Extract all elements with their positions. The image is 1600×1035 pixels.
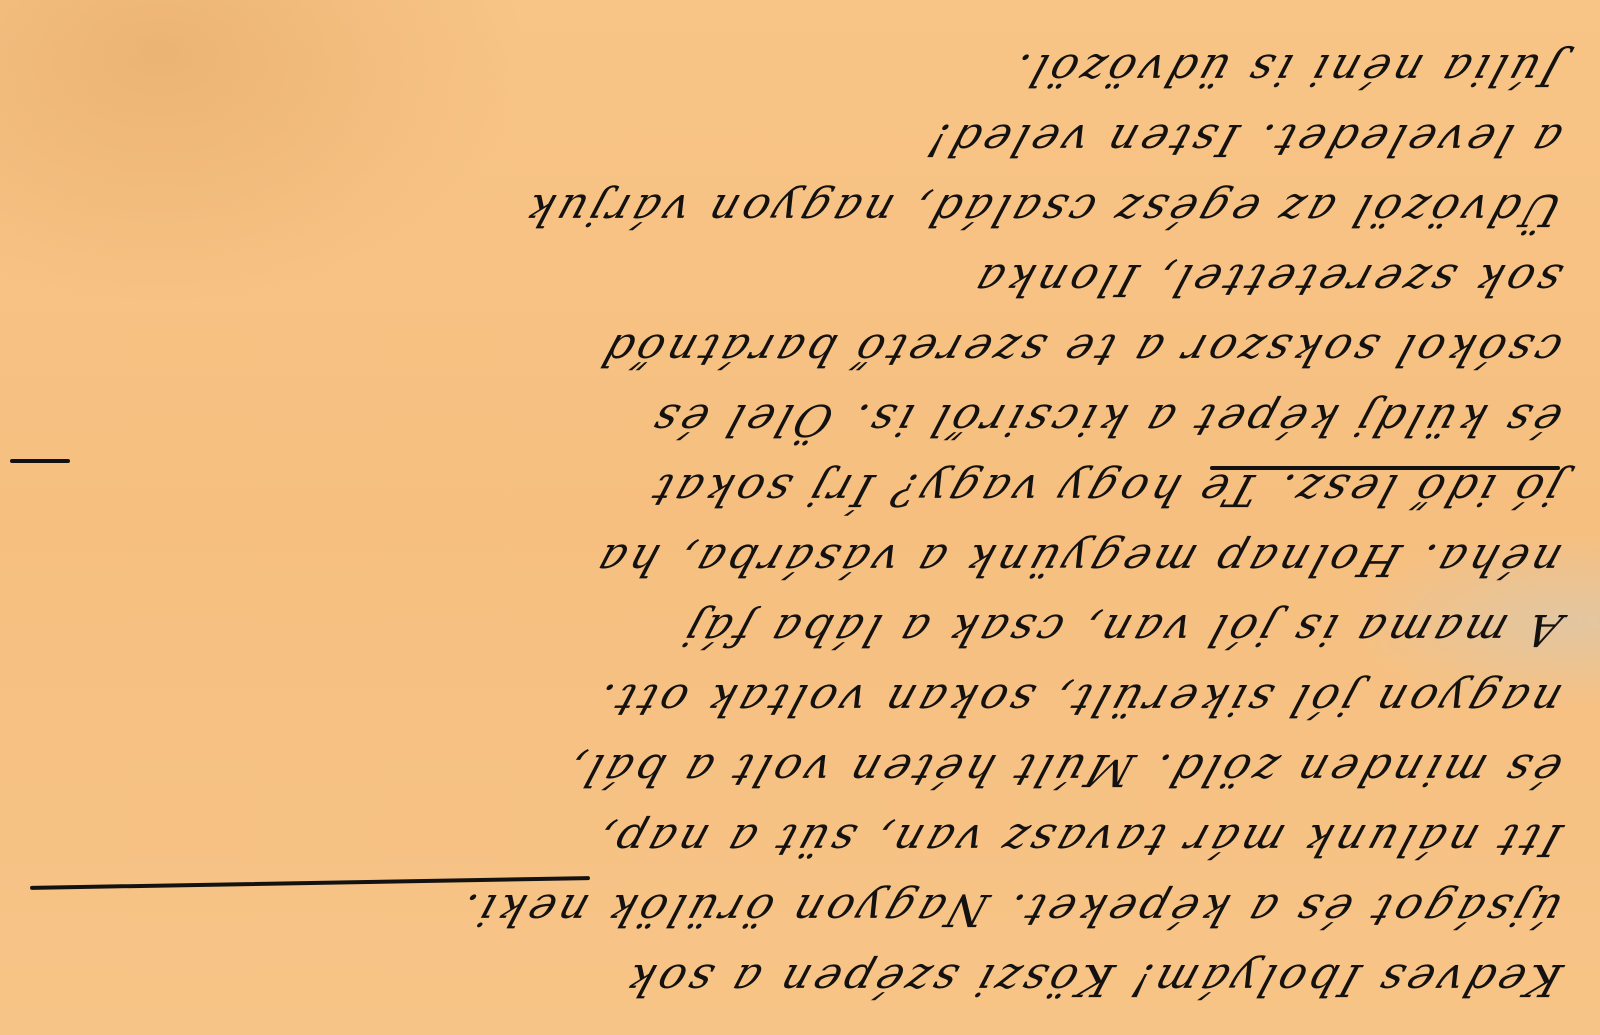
underline-stroke [10,459,70,463]
text-line: sok szeretettel, Ilonka [965,254,1569,305]
text-line: Itt nálunk már tavasz van, süt a nap, [586,814,1568,865]
text-line: jó idő lesz. Te hogy vagy? Írj sokat [642,464,1568,515]
text-line: a leveledet. Isten veled! [918,114,1569,165]
text-line: és minden zöld. Múlt héten volt a bál, [557,744,1568,795]
text-line: újságot és a képeket. Nagyon örülök neki… [450,884,1569,935]
text-line: csókol sokszor a te szerető barátnőd [592,324,1568,375]
postcard: Kedves Ibolyám! Köszi szépen a sok újság… [0,0,1600,1035]
handwritten-text-rotated: Kedves Ibolyám! Köszi szépen a sok újság… [0,0,1600,1035]
text-line: Júlia néni is üdvözöl. [1002,44,1568,95]
text-line: néha. Holnap megyünk a vásárba, ha [587,534,1568,585]
text-line: Üdvözöl az egész család, nagyon várjuk [515,184,1568,235]
text-line: A mama is jól van, csak a lába fáj [675,604,1569,655]
text-line: Kedves Ibolyám! Köszi szépen a sok [615,954,1568,1005]
text-line: nagyon jól sikerült, sokan voltak ott. [587,674,1569,725]
underline-stroke [1210,466,1560,470]
text-line: és küldj képet a kicsiről is. Ölel és [642,394,1568,445]
